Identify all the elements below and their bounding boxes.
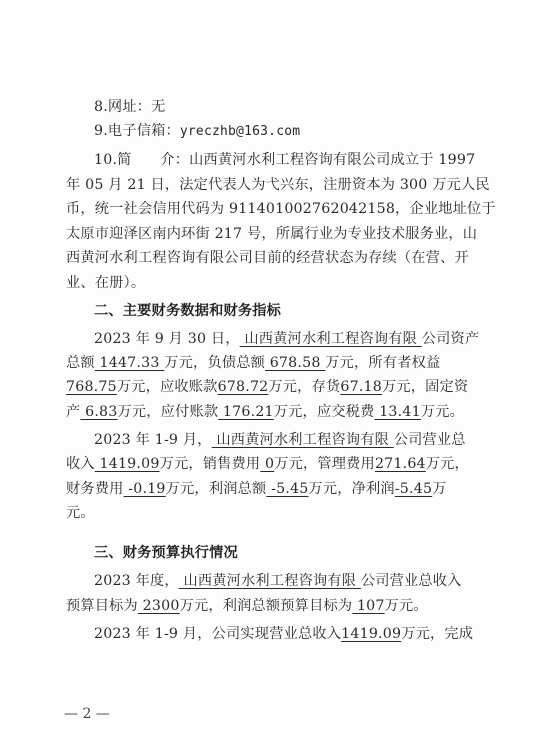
document-page: 8.网址：无 9.电子信箱：yreczhb@163.com 10.简 介：山西黄… bbox=[0, 0, 536, 746]
total-assets-value: 1447.33 bbox=[95, 355, 165, 371]
income-line-3: 财务费用 -0.19万元，利润总额 -5.45万元，净利润-5.45万 bbox=[66, 479, 474, 499]
budget-line-3: 2023 年 1-9 月，公司实现营业总收入1419.09万元，完成 bbox=[94, 624, 474, 644]
profit-target-value: 107 bbox=[352, 598, 384, 614]
income-line-4: 元。 bbox=[66, 503, 474, 523]
income-line-2: 收入 1419.09万元，销售费用 0万元，管理费用271.64万元， bbox=[66, 454, 474, 474]
assets-line-1: 2023 年 9 月 30 日， 山西黄河水利工程咨询有限 公司资产 bbox=[94, 329, 474, 349]
intro-line-2: 年 05 月 21 日，法定代表人为弋兴东，注册资本为 300 万元人民 bbox=[66, 175, 474, 195]
assets-line-2: 总额 1447.33 万元，负债总额 678.58 万元，所有者权益 bbox=[66, 353, 474, 373]
section-heading-financial-data: 二、主要财务数据和财务指标 bbox=[94, 301, 474, 321]
budget-line-1: 2023 年度， 山西黄河水利工程咨询有限 公司营业总收入 bbox=[94, 571, 474, 591]
revenue-value: 1419.09 bbox=[95, 456, 160, 472]
inventory-value: 67.18 bbox=[340, 379, 382, 395]
total-liabilities-value: 678.58 bbox=[265, 355, 325, 371]
intro-line-6: 业、在册）。 bbox=[66, 273, 474, 293]
intro-line-5: 西黄河水利工程咨询有限公司目前的经营状态为存续（在营、开 bbox=[66, 248, 474, 268]
total-profit-value: -5.45 bbox=[266, 481, 308, 497]
intro-line-3: 币，统一社会信用代码为 911401002762042158，企业地址位于 bbox=[66, 199, 474, 219]
company-name: 山西黄河水利工程咨询有限 bbox=[179, 573, 361, 589]
website-label: 8.网址： bbox=[94, 99, 151, 115]
taxes-payable-value: 13.41 bbox=[375, 404, 421, 420]
company-name: 山西黄河水利工程咨询有限 bbox=[240, 331, 422, 347]
page-number: — 2 — bbox=[64, 706, 110, 722]
revenue-actual-value: 1419.09 bbox=[341, 626, 401, 642]
email-value: yreczhb@163.com bbox=[180, 124, 300, 139]
intro-line-1: 10.简 介：山西黄河水利工程咨询有限公司成立于 1997 bbox=[94, 150, 474, 170]
intro-label: 10.简 介： bbox=[94, 150, 189, 170]
section-heading-budget: 三、财务预算执行情况 bbox=[94, 543, 474, 563]
website-value: 无 bbox=[151, 99, 165, 115]
payables-value: 176.21 bbox=[218, 404, 274, 420]
receivables-value: 678.72 bbox=[218, 379, 269, 395]
budget-line-2: 预算目标为 2300万元，利润总额预算目标为 107万元。 bbox=[66, 596, 474, 616]
assets-line-3: 768.75万元，应收账款678.72万元，存货67.18万元，固定资 bbox=[66, 377, 474, 397]
net-profit-value: -5.45 bbox=[395, 481, 432, 497]
intro-line-4: 太原市迎泽区南内环街 217 号，所属行业为专业技术服务业，山 bbox=[66, 224, 474, 244]
website-line: 8.网址：无 bbox=[94, 97, 474, 117]
income-line-1: 2023 年 1-9 月， 山西黄河水利工程咨询有限 公司营业总 bbox=[94, 430, 474, 450]
fixed-assets-value: 6.83 bbox=[80, 404, 117, 420]
email-label: 9.电子信箱： bbox=[94, 123, 180, 139]
admin-expense-value: 271.64 bbox=[375, 456, 426, 472]
revenue-target-value: 2300 bbox=[138, 598, 180, 614]
assets-line-4: 产 6.83万元，应付账款 176.21万元，应交税费 13.41万元。 bbox=[66, 402, 474, 422]
owners-equity-value: 768.75 bbox=[66, 379, 117, 395]
company-name: 山西黄河水利工程咨询有限 bbox=[212, 432, 394, 448]
email-line: 9.电子信箱：yreczhb@163.com bbox=[94, 121, 474, 142]
finance-expense-value: -0.19 bbox=[124, 481, 166, 497]
selling-expense-value: 0 bbox=[260, 456, 274, 472]
